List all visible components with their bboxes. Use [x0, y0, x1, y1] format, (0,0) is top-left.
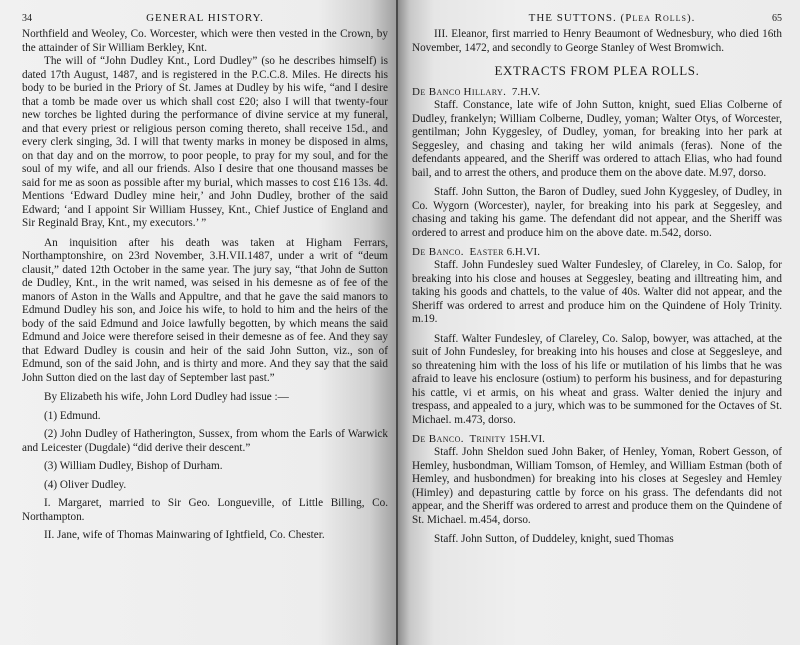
entry-paragraph: Staff. John Sheldon sued John Baker, of …	[412, 446, 782, 527]
paragraph-will: The will of “John Dudley Knt., Lord Dudl…	[22, 55, 388, 231]
entry-court: De Banco	[412, 86, 461, 98]
entry-heading: De Banco. Easter 6.H.VI.	[412, 245, 782, 259]
left-page: 34 GENERAL HISTORY. 00 Northfield and We…	[0, 0, 398, 645]
entry-court: De Banco.	[412, 246, 464, 258]
entry-paragraph: Staff. John Sutton, the Baron of Dudley,…	[412, 186, 782, 240]
paragraph: Northfield and Weoley, Co. Worcester, wh…	[22, 28, 388, 55]
entry-term: Easter	[469, 246, 503, 258]
entry-paragraph: Staff. John Sutton, of Duddeley, knight,…	[412, 533, 782, 547]
entry-term: Hillary.	[464, 86, 507, 98]
entry-heading: De Banco Hillary. 7.H.V.	[412, 85, 782, 99]
right-page: 00 THE SUTTONS. (Plea Rolls). 65 III. El…	[398, 0, 800, 645]
entry-regnal: 6.H.VI.	[507, 246, 540, 258]
entry-term: Trinity	[469, 433, 506, 445]
left-page-number: 34	[22, 9, 32, 29]
entry-paragraph: Staff. John Fundesley sued Walter Fundes…	[412, 259, 782, 327]
paragraph-inquisition: An inquisition after his death was taken…	[22, 237, 388, 386]
right-page-number: 65	[772, 9, 782, 29]
right-running-title: THE SUTTONS. (Plea Rolls).	[422, 8, 772, 28]
issue-item: (3) William Dudley, Bishop of Durham.	[22, 460, 388, 474]
right-running-head: 00 THE SUTTONS. (Plea Rolls). 65	[412, 8, 782, 28]
running-title-main: THE SUTTONS.	[529, 12, 617, 24]
entry-regnal: 15H.VI.	[509, 433, 545, 445]
entry-paragraph: Staff. Walter Fundesley, of Clareley, Co…	[412, 333, 782, 428]
paragraph-eleanor: III. Eleanor, first married to Henry Bea…	[412, 28, 782, 55]
entry-court: De Banco.	[412, 433, 464, 445]
entry-paragraph: Staff. Constance, late wife of John Sutt…	[412, 99, 782, 180]
left-running-head: 34 GENERAL HISTORY. 00	[22, 8, 388, 28]
book-spread: 34 GENERAL HISTORY. 00 Northfield and We…	[0, 0, 800, 645]
entry-heading: De Banco. Trinity 15H.VI.	[412, 432, 782, 446]
section-title: EXTRACTS FROM PLEA ROLLS.	[412, 63, 782, 79]
issue-item: (4) Oliver Dudley.	[22, 479, 388, 493]
paragraph-issue-intro: By Elizabeth his wife, John Lord Dudley …	[22, 391, 388, 405]
issue-item: I. Margaret, married to Sir Geo. Longuev…	[22, 497, 388, 524]
left-running-title: GENERAL HISTORY.	[32, 8, 378, 28]
issue-item: (1) Edmund.	[22, 410, 388, 424]
issue-item: (2) John Dudley of Hatherington, Sussex,…	[22, 428, 388, 455]
issue-item: II. Jane, wife of Thomas Mainwaring of I…	[22, 529, 388, 543]
running-title-sub: (Plea Rolls).	[621, 12, 696, 24]
entry-regnal: 7.H.V.	[512, 86, 540, 98]
